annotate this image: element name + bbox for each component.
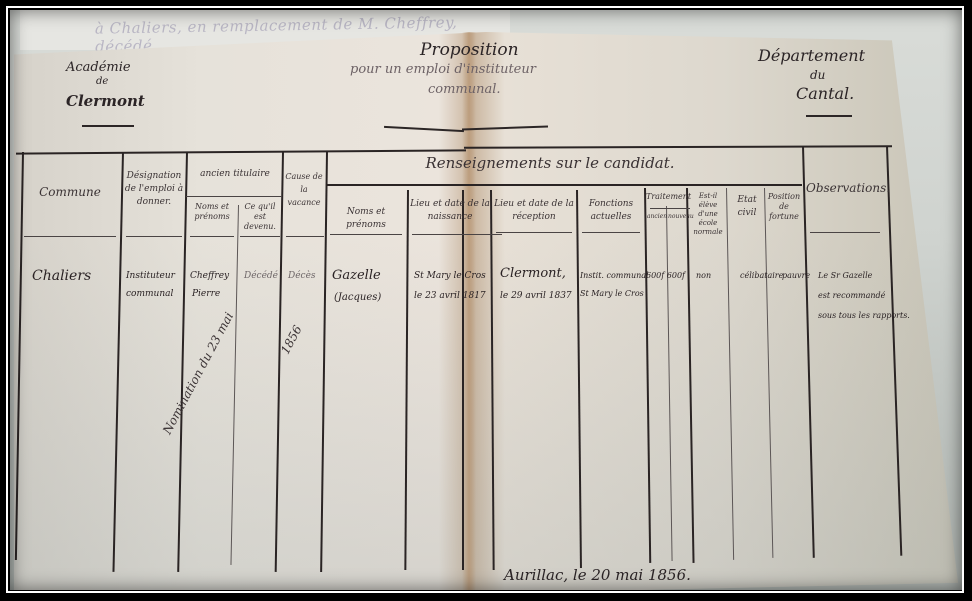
cell-fonctions-2: St Mary le Cros xyxy=(580,284,644,304)
header-candidat-nom: Noms et prénoms xyxy=(328,206,404,232)
header-cause-vacance: Cause de la vacance xyxy=(284,170,324,209)
header-ancien-titulaire: ancien titulaire xyxy=(188,168,282,181)
academie-de: de xyxy=(96,76,108,87)
header-fonctions: Fonctions actuelles xyxy=(580,198,642,224)
header-etat-civil: Etat civil xyxy=(730,194,764,220)
header-position-fortune: Position de fortune xyxy=(766,192,802,222)
header-devenu: Ce qu'il est devenu. xyxy=(240,202,280,232)
cell-etat-civil: célibataire xyxy=(740,266,783,286)
cell-naissance-2: le 23 avril 1817 xyxy=(414,286,486,306)
header-renseignements: Renseignements sur le candidat. xyxy=(390,154,710,172)
header-reception: Lieu et date de la réception xyxy=(494,198,574,224)
cell-devenu: Décédé xyxy=(244,266,278,286)
col-line xyxy=(462,190,464,570)
traitement-underline xyxy=(650,208,690,209)
header-underline xyxy=(412,234,502,235)
header-underline xyxy=(330,234,402,235)
cell-commune: Chaliers xyxy=(32,266,91,286)
departement-label: Département xyxy=(758,46,865,65)
header-underline xyxy=(126,236,182,237)
proposition-title: Proposition xyxy=(420,40,519,60)
header-right-rule xyxy=(806,115,852,117)
header-commune: Commune xyxy=(24,186,116,199)
cell-candidat-1: Gazelle xyxy=(332,266,381,286)
header-underline xyxy=(190,236,234,237)
header-underline xyxy=(496,232,572,233)
header-traitement: Traitement xyxy=(646,190,690,203)
header-traitement-nouveau: nouveau xyxy=(668,210,690,223)
cell-nom-1: Cheffrey xyxy=(190,266,229,286)
header-nom-prenoms: Noms et prénoms xyxy=(190,202,234,222)
cell-designation-2: communal xyxy=(126,284,173,304)
header-traitement-ancien: ancien xyxy=(646,210,668,223)
header-underline xyxy=(240,236,280,237)
cell-eleve: non xyxy=(696,266,711,286)
cell-observations-2: est recommandé xyxy=(818,286,885,306)
proposition-communal: communal. xyxy=(428,82,501,97)
cell-nom-2: Pierre xyxy=(192,284,220,304)
departement-name: Cantal. xyxy=(796,84,854,103)
cell-observations-3: sous tous les rapports. xyxy=(818,306,910,326)
cell-cause: Décès xyxy=(288,266,316,286)
header-underline xyxy=(286,236,324,237)
header-observations: Observations. xyxy=(806,182,882,195)
cell-candidat-2: (Jacques) xyxy=(334,288,381,308)
header-left-rule xyxy=(82,125,134,127)
header-underline xyxy=(810,232,880,233)
header-designation: Désignation de l'emploi à donner. xyxy=(124,170,184,209)
academie-name: Clermont xyxy=(66,92,145,110)
academie-label: Académie xyxy=(66,60,131,75)
renseignements-underline xyxy=(326,184,802,186)
header-underline xyxy=(24,236,116,237)
paper-fold xyxy=(462,32,476,590)
proposition-subtitle: pour un emploi d'instituteur xyxy=(350,62,536,77)
cell-fonctions-1: Instit. communal xyxy=(580,266,649,286)
departement-du: du xyxy=(810,68,825,82)
cell-traitement: 600f 600f xyxy=(646,266,685,286)
footer-place-date: Aurillac, le 20 mai 1856. xyxy=(504,566,691,584)
cell-observations-1: Le Sr Gazelle xyxy=(818,266,872,286)
cell-designation-1: Instituteur xyxy=(126,266,175,286)
cell-reception-2: le 29 avril 1837 xyxy=(500,286,572,306)
header-underline xyxy=(582,232,640,233)
cell-fortune: pauvre xyxy=(782,266,810,286)
ancien-titulaire-underline xyxy=(186,196,282,197)
cell-naissance-1: St Mary le Cros xyxy=(414,266,486,286)
document-photo: à Chaliers, en remplacement de M. Cheffr… xyxy=(10,10,962,590)
header-naissance: Lieu et date de la naissance xyxy=(410,198,490,224)
header-eleve: Est-il élève d'une école normale xyxy=(690,192,726,237)
cell-reception-1: Clermont, xyxy=(500,264,566,284)
